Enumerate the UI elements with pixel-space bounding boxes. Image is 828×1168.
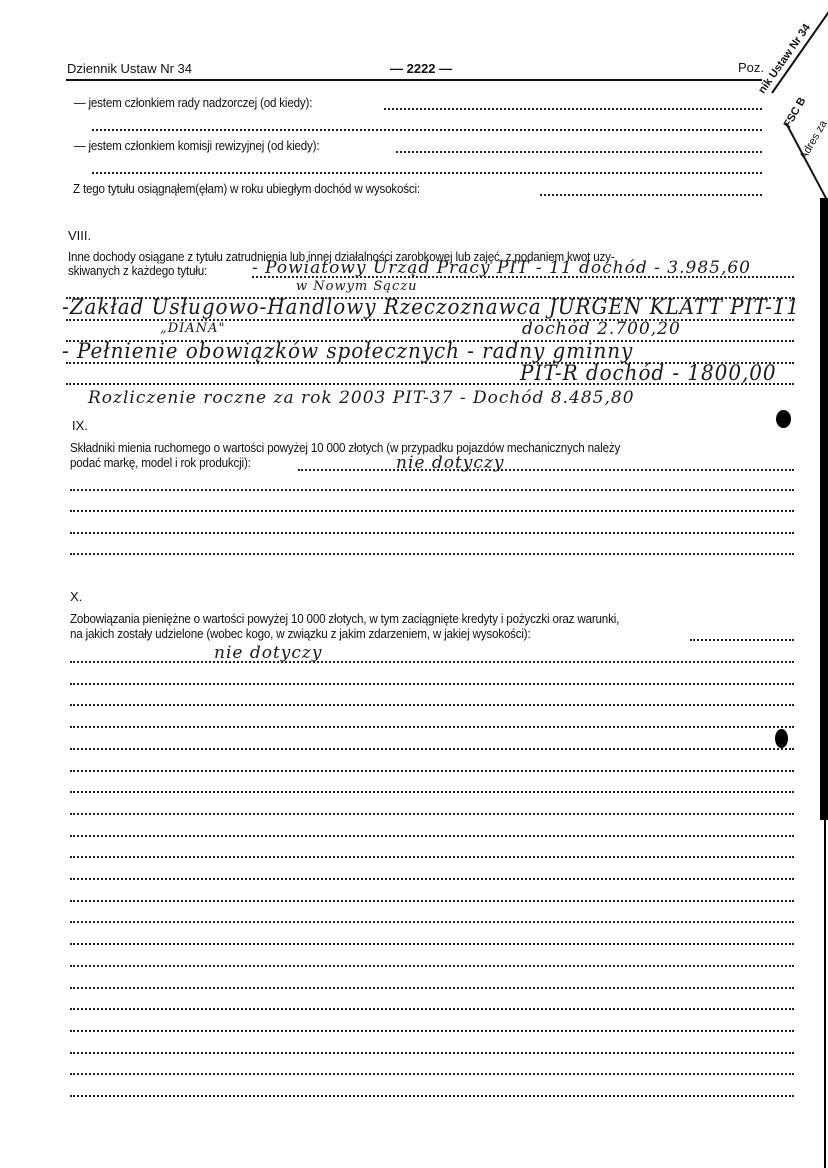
section-x-prompt-1: Zobowiązania pieniężne o wartości powyże…	[70, 612, 619, 626]
section-viii-prompt-2: skiwanych z każdego tytułu:	[68, 264, 207, 278]
section-x-field-line[interactable]	[70, 987, 794, 989]
scan-edge-bar	[820, 198, 828, 820]
section-x-field-line[interactable]	[70, 661, 794, 663]
supervisory-board-label: — jestem członkiem rady nadzorczej (od k…	[74, 96, 312, 110]
section-ix-field-5[interactable]	[70, 553, 794, 555]
position-label: Poz.	[738, 60, 764, 75]
section-x-field-line[interactable]	[70, 1030, 794, 1032]
handwritten-entry-2b: „DIANA"	[160, 321, 225, 336]
stamp-text-1: nik Ustaw Nr 34	[756, 22, 813, 96]
section-x-field-0[interactable]	[690, 639, 794, 641]
handwritten-entry-3b: PIT-R dochód - 1800,00	[520, 361, 777, 385]
scan-edge-line	[824, 820, 826, 1168]
audit-committee-label: — jestem członkiem komisji rewizyjnej (o…	[74, 139, 319, 153]
handwritten-entry-2: -Zakład Usługowo-Handlowy Rzeczoznawca J…	[62, 295, 800, 319]
section-ix-field-1[interactable]	[298, 469, 794, 471]
section-ix-field-2[interactable]	[70, 489, 794, 491]
section-x-field-line[interactable]	[70, 726, 794, 728]
ink-blot-2	[775, 729, 788, 748]
audit-committee-field[interactable]	[396, 151, 762, 153]
section-ix-prompt-1: Składniki mienia ruchomego o wartości po…	[70, 441, 620, 455]
section-x-field-line[interactable]	[70, 1008, 794, 1010]
section-x-field-line[interactable]	[70, 943, 794, 945]
audit-committee-field-2[interactable]	[92, 172, 762, 174]
section-x-field-line[interactable]	[70, 791, 794, 793]
section-x-field-line[interactable]	[70, 770, 794, 772]
handwritten-ix: nie dotyczy	[396, 453, 504, 473]
section-x-prompt-2: na jakich zostały udzielone (wobec kogo,…	[70, 627, 531, 641]
supervisory-board-field-2[interactable]	[92, 129, 762, 131]
journal-title: Dziennik Ustaw Nr 34	[67, 61, 192, 76]
section-x-field-line[interactable]	[70, 856, 794, 858]
page-number: — 2222 —	[390, 61, 452, 76]
section-viii-numeral: VIII.	[68, 228, 91, 243]
handwritten-entry-1b: w Nowym Sączu	[296, 279, 418, 294]
section-x-field-line[interactable]	[70, 813, 794, 815]
income-field[interactable]	[540, 194, 762, 196]
ink-blot	[776, 410, 791, 428]
supervisory-board-field[interactable]	[384, 108, 762, 110]
section-x-numeral: X.	[70, 589, 82, 604]
section-x-field-line[interactable]	[70, 900, 794, 902]
section-ix-prompt-2: podać markę, model i rok produkcji):	[70, 456, 251, 470]
stamp-line-1	[771, 11, 828, 94]
section-x-field-line[interactable]	[70, 965, 794, 967]
section-x-field-line[interactable]	[70, 835, 794, 837]
section-x-field-line[interactable]	[70, 1095, 794, 1097]
handwritten-entry-4: Rozliczenie roczne za rok 2003 PIT-37 - …	[88, 388, 635, 408]
section-ix-field-3[interactable]	[70, 510, 794, 512]
handwritten-x: nie dotyczy	[214, 643, 322, 663]
handwritten-entry-2c: dochód 2.700,20	[522, 319, 681, 339]
section-x-field-line[interactable]	[70, 878, 794, 880]
handwritten-entry-1: - Powiatowy Urząd Pracy PIT - 11 dochód …	[252, 258, 751, 278]
section-ix-field-4[interactable]	[70, 532, 794, 534]
income-label: Z tego tytułu osiągnąłem(ęłam) w roku ub…	[73, 182, 420, 196]
header-rule	[66, 79, 762, 81]
handwritten-entry-3: - Pełnienie obowiązków społecznych - rad…	[62, 339, 633, 363]
section-x-field-line[interactable]	[70, 921, 794, 923]
section-ix-numeral: IX.	[72, 418, 88, 433]
section-x-field-line[interactable]	[70, 683, 794, 685]
section-x-field-line[interactable]	[70, 748, 794, 750]
section-x-field-line[interactable]	[70, 704, 794, 706]
section-x-field-line[interactable]	[70, 1052, 794, 1054]
section-x-field-line[interactable]	[70, 1073, 794, 1075]
